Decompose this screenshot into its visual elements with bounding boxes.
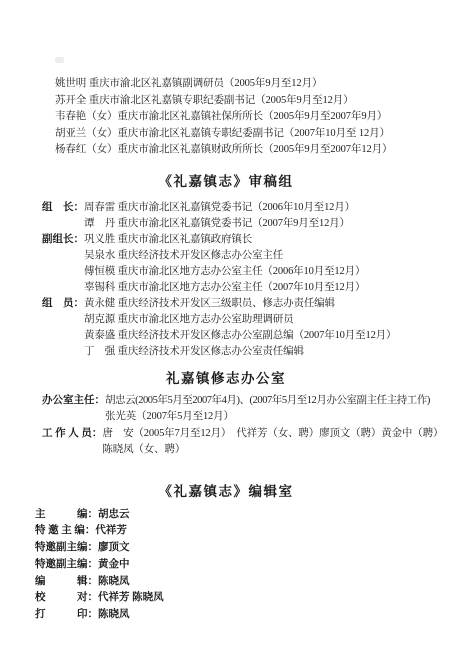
person-name: 代祥芳: [95, 523, 127, 540]
editorial-row-guest-deputy-editor: 特邀副主编： 廖顶文: [35, 540, 432, 557]
editorial-row-editor: 编 辑： 陈晓凤: [35, 574, 432, 591]
role-label: 特邀副主编：: [35, 557, 98, 574]
official-list-item: 韦春艳（女）重庆市渝北区礼嘉镇社保所所长（2005年9月至2007年9月）: [55, 109, 432, 126]
member-line: 黄泰盛 重庆经济技术开发区修志办公室副总编（2007年10月至12月）: [84, 328, 396, 344]
role-label: 主 编：: [35, 507, 98, 524]
role-label: 编 辑：: [35, 574, 98, 591]
page-content: 姚世明 重庆市渝北区礼嘉镇副调研员（2005年9月至12月） 苏开全 重庆市渝北…: [0, 0, 450, 624]
member-line: 周春雷 重庆市渝北区礼嘉镇党委书记（2006年10月至12月）: [84, 200, 355, 216]
role-label: 组 长：: [42, 200, 84, 216]
official-list-item: 姚世明 重庆市渝北区礼嘉镇副调研员（2005年9月至12月）: [55, 76, 432, 93]
role-members: 巩义胜 重庆市渝北区礼嘉镇政府镇长 吴泉水 重庆经济技术开发区修志办公室主任 傅…: [84, 232, 365, 296]
editorial-row-chief-editor: 主 编： 胡忠云: [35, 507, 432, 524]
member-line: 辜锡科 重庆市渝北区地方志办公室主任（2007年10月至12月）: [84, 280, 365, 296]
person-name: 黄金中: [98, 557, 130, 574]
role-members: 周春雷 重庆市渝北区礼嘉镇党委书记（2006年10月至12月） 谭 丹 重庆市渝…: [84, 200, 355, 232]
member-line: 谭 丹 重庆市渝北区礼嘉镇党委书记（2007年9月至12月）: [84, 216, 355, 232]
official-list-item: 胡亚兰（女）重庆市渝北区礼嘉镇专职纪委副书记（2007年10月至 12月）: [55, 126, 432, 143]
person-name: 陈晓凤: [98, 574, 130, 591]
section-title-chronicle-office: 礼嘉镇修志办公室: [31, 370, 421, 388]
member-line: 胡克源 重庆市渝北区地方志办公室助理调研员: [84, 312, 396, 328]
officials-continuation-list: 姚世明 重庆市渝北区礼嘉镇副调研员（2005年9月至12月） 苏开全 重庆市渝北…: [55, 76, 432, 159]
member-line: 吴泉水 重庆经济技术开发区修志办公室主任: [84, 248, 365, 264]
role-row-members: 组 员： 黄永健 重庆经济技术开发区三级职员、修志办责任编辑 胡克源 重庆市渝北…: [42, 296, 432, 360]
editorial-row-proofreader: 校 对： 代祥芳 陈晓凤: [35, 590, 432, 607]
scan-artifact: [55, 57, 64, 63]
editorial-row-guest-deputy-editor: 特邀副主编： 黄金中: [35, 557, 432, 574]
member-line: 丁 强 重庆经济技术开发区修志办公室责任编辑: [84, 344, 396, 360]
review-group-roles: 组 长： 周春雷 重庆市渝北区礼嘉镇党委书记（2006年10月至12月） 谭 丹…: [42, 200, 432, 360]
role-label: 特 邀 主 编：: [35, 523, 95, 540]
scanned-book-page: 姚世明 重庆市渝北区礼嘉镇副调研员（2005年9月至12月） 苏开全 重庆市渝北…: [0, 0, 450, 657]
chronicle-office-section: 礼嘉镇修志办公室 办公室主任： 胡忠云(2005年5月至2007年4月)、(20…: [42, 370, 432, 459]
member-line: 傅恒模 重庆市渝北区地方志办公室主任（2006年10月至12月）: [84, 264, 365, 280]
role-label: 副组长：: [42, 232, 84, 248]
person-name: 代祥芳 陈晓凤: [98, 590, 164, 607]
role-label: 组 员：: [42, 296, 84, 312]
role-row-office-director: 办公室主任： 胡忠云(2005年5月至2007年4月)、(2007年5月至12月…: [42, 393, 432, 426]
person-name: 胡忠云: [98, 507, 130, 524]
editorial-room-section: 《礼嘉镇志》编辑室 主 编： 胡忠云 特 邀 主 编： 代祥芳 特邀副主编： 廖…: [42, 483, 432, 625]
section-title-review-group: 《礼嘉镇志》审稿组: [31, 173, 421, 191]
official-list-item: 杨春红（女）重庆市渝北区礼嘉镇财政所所长（2005年9月至2007年12月）: [55, 142, 432, 159]
role-members: 黄永健 重庆经济技术开发区三级职员、修志办责任编辑 胡克源 重庆市渝北区地方志办…: [84, 296, 396, 360]
member-line: 巩义胜 重庆市渝北区礼嘉镇政府镇长: [84, 232, 365, 248]
section-title-editorial-room: 《礼嘉镇志》编辑室: [31, 483, 421, 501]
role-label: 特邀副主编：: [35, 540, 98, 557]
role-members: 唐 安（2005年7月至12月） 代祥芳（女、聘）廖顶文（聘）黄金中（聘） 陈晓…: [102, 426, 432, 459]
editorial-row-guest-chief-editor: 特 邀 主 编： 代祥芳: [35, 523, 432, 540]
member-line: 陈晓凤（女、聘）: [102, 442, 432, 459]
role-label: 校 对：: [35, 590, 98, 607]
role-label: 打 印：: [35, 607, 98, 624]
role-label: 工 作 人 员：: [42, 426, 102, 443]
role-row-leader: 组 长： 周春雷 重庆市渝北区礼嘉镇党委书记（2006年10月至12月） 谭 丹…: [42, 200, 432, 232]
editorial-rows: 主 编： 胡忠云 特 邀 主 编： 代祥芳 特邀副主编： 廖顶文 特邀副主编： …: [35, 507, 432, 625]
member-line: 唐 安（2005年7月至12月） 代祥芳（女、聘）廖顶文（聘）黄金中（聘）: [102, 426, 432, 443]
person-name: 陈晓凤: [98, 607, 130, 624]
member-line: 胡忠云(2005年5月至2007年4月)、(2007年5月至12月办公室副主任主…: [105, 393, 430, 410]
role-members: 胡忠云(2005年5月至2007年4月)、(2007年5月至12月办公室副主任主…: [105, 393, 430, 426]
review-group-section: 《礼嘉镇志》审稿组 组 长： 周春雷 重庆市渝北区礼嘉镇党委书记（2006年10…: [42, 173, 432, 360]
person-name: 廖顶文: [98, 540, 130, 557]
editorial-row-printer: 打 印： 陈晓凤: [35, 607, 432, 624]
office-roles: 办公室主任： 胡忠云(2005年5月至2007年4月)、(2007年5月至12月…: [42, 393, 432, 459]
role-label: 办公室主任：: [42, 393, 105, 410]
role-row-office-staff: 工 作 人 员： 唐 安（2005年7月至12月） 代祥芳（女、聘）廖顶文（聘）…: [42, 426, 432, 459]
role-row-deputy-leader: 副组长： 巩义胜 重庆市渝北区礼嘉镇政府镇长 吴泉水 重庆经济技术开发区修志办公…: [42, 232, 432, 296]
official-list-item: 苏开全 重庆市渝北区礼嘉镇专职纪委副书记（2005年9月至12月）: [55, 93, 432, 110]
member-line: 张光英（2007年5月至12月）: [105, 409, 430, 426]
member-line: 黄永健 重庆经济技术开发区三级职员、修志办责任编辑: [84, 296, 396, 312]
